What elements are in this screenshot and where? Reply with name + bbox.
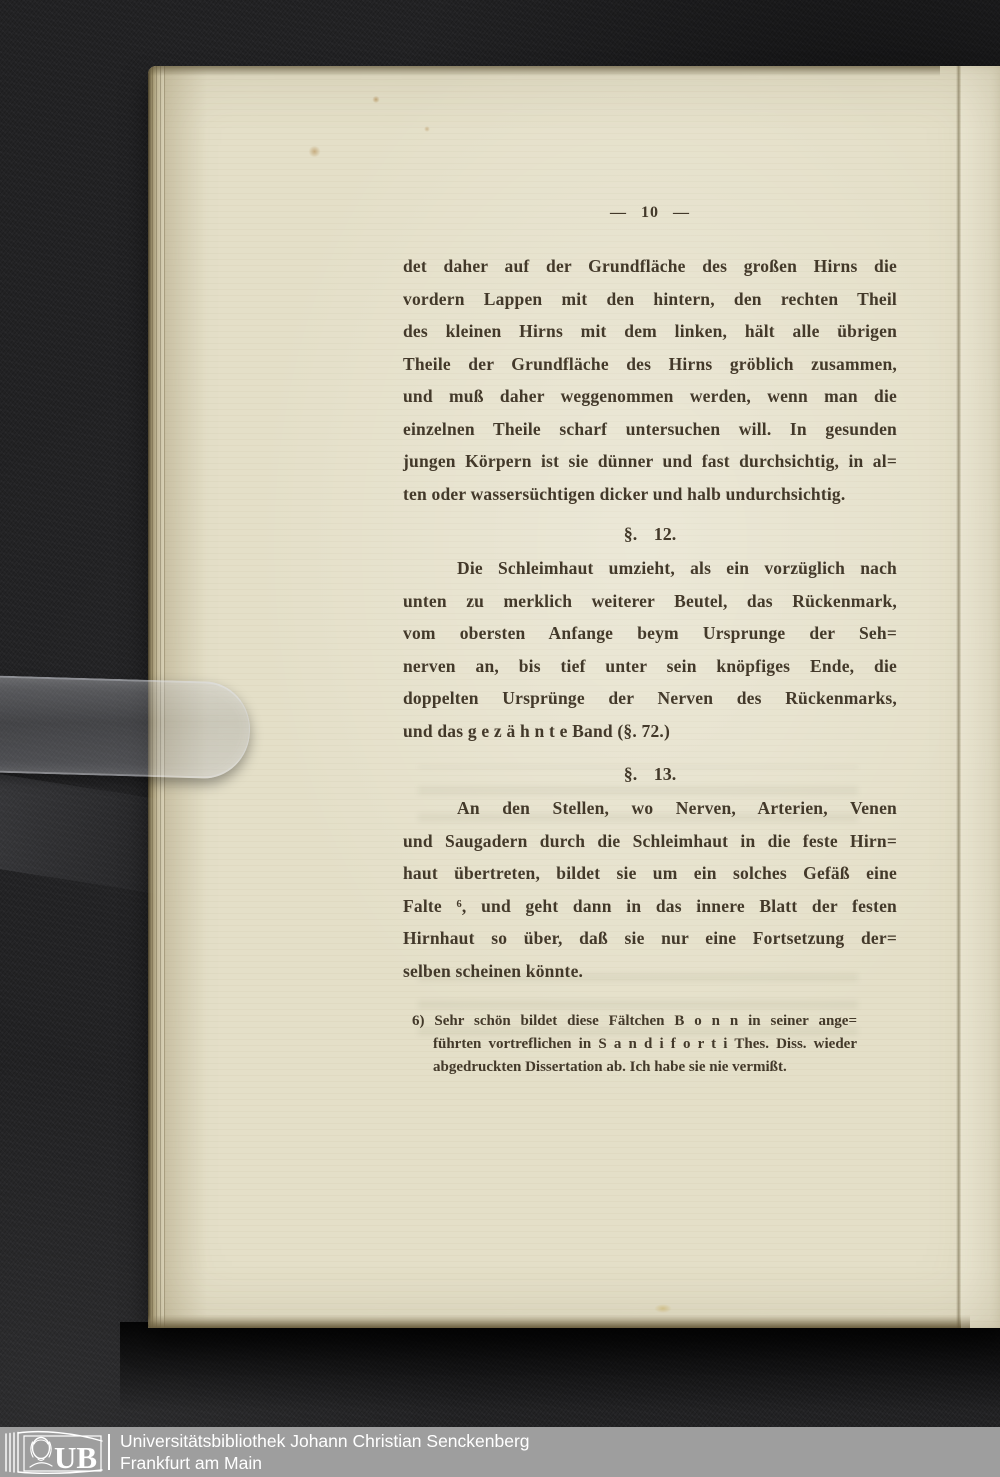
text-line: einzelnen Theile scharf untersuchen will… xyxy=(403,413,897,446)
text-line: nerven an, bis tief unter sein knöpfiges… xyxy=(403,650,897,683)
text-line: doppelten Ursprünge der Nerven des Rücke… xyxy=(403,682,897,715)
page-number: — 10 — xyxy=(403,204,897,222)
text-line: und das g e z ä h n t e Band (§. 72.) xyxy=(403,715,897,748)
text-line: ten oder wassersüchtigen dicker und halb… xyxy=(403,478,897,511)
text-line: jungen Körpern ist sie dünner und fast d… xyxy=(403,445,897,478)
ub-logo-text: UB xyxy=(54,1440,97,1475)
text-line: selben scheinen könnte. xyxy=(403,955,897,988)
text-line: des kleinen Hirns mit dem linken, hält a… xyxy=(403,315,897,348)
footnote-line: 6) Sehr schön bildet diese Fältchen B o … xyxy=(412,1010,857,1033)
banner-text: Universitätsbibliothek Johann Christian … xyxy=(120,1430,530,1474)
book-scan-photo: — 10 — det daher auf der Grundfläche des… xyxy=(0,0,1000,1477)
page-top-edge xyxy=(148,66,940,76)
footnote: 6) Sehr schön bildet diese Fältchen B o … xyxy=(412,1010,857,1079)
library-watermark-banner: UB Universitätsbibliothek Johann Christi… xyxy=(0,1427,1000,1477)
library-city: Frankfurt am Main xyxy=(120,1452,530,1474)
section-13-heading: §. 13. xyxy=(403,758,897,791)
foxing-spot xyxy=(654,1304,672,1313)
text-line: Hirnhaut so über, daß sie nur eine Forts… xyxy=(403,922,897,955)
foxing-spot xyxy=(308,146,321,157)
adjacent-page-edge xyxy=(961,66,1000,1328)
text-line: vordern Lappen mit den hintern, den rech… xyxy=(403,283,897,316)
foxing-spot xyxy=(372,96,380,103)
section-13-paragraph: An den Stellen, wo Nerven, Arterien, Ven… xyxy=(403,792,897,987)
text-line: Falte ⁶, und geht dann in das innere Bla… xyxy=(403,890,897,923)
text-line: vom obersten Anfange beym Ursprunge der … xyxy=(403,617,897,650)
text-line: unten zu merklich weiterer Beutel, das R… xyxy=(403,585,897,618)
text-line: Die Schleimhaut umzieht, als ein vorzügl… xyxy=(403,552,897,585)
text-line: Theile der Grundfläche des Hirns gröblic… xyxy=(403,348,897,381)
book-page: — 10 — det daher auf der Grundfläche des… xyxy=(148,66,1000,1328)
text-line: und Saugadern durch die Schleimhaut in d… xyxy=(403,825,897,858)
library-name: Universitätsbibliothek Johann Christian … xyxy=(120,1430,530,1452)
text-line: An den Stellen, wo Nerven, Arterien, Ven… xyxy=(403,792,897,825)
text-line: und muß daher weggenommen werden, wenn m… xyxy=(403,380,897,413)
page-bottom-edge xyxy=(148,1315,970,1328)
footnote-line: abgedruckten Dissertation ab. Ich habe s… xyxy=(412,1056,857,1079)
text-line: det daher auf der Grundfläche des großen… xyxy=(403,250,897,283)
transparent-page-holder-strip xyxy=(0,675,251,779)
book-cast-shadow xyxy=(120,1322,1000,1412)
section-12-paragraph: Die Schleimhaut umzieht, als ein vorzügl… xyxy=(403,552,897,747)
text-line: haut übertreten, bildet sie um ein solch… xyxy=(403,857,897,890)
ub-library-logo-icon: UB xyxy=(3,1429,105,1475)
paragraph-1: det daher auf der Grundfläche des großen… xyxy=(403,250,897,510)
banner-divider xyxy=(108,1434,110,1470)
foxing-spot xyxy=(424,126,430,132)
footnote-line: führten vortreflichen in S a n d i f o r… xyxy=(412,1033,857,1056)
section-12-heading: §. 12. xyxy=(403,518,897,551)
